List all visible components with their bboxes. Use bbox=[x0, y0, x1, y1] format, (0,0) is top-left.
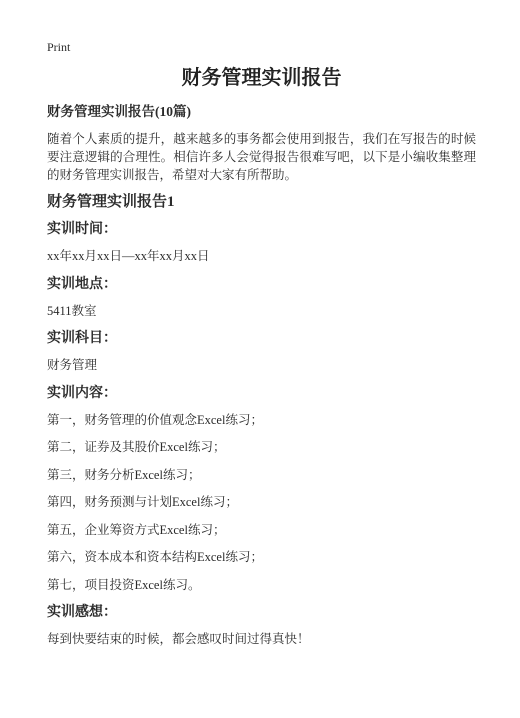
document-page: Print 财务管理实训报告 财务管理实训报告(10篇) 随着个人素质的提升，越… bbox=[0, 0, 520, 718]
content-item-2: 第二，证券及其股价Excel练习； bbox=[47, 439, 476, 456]
section-label-subject: 实训科目： bbox=[47, 330, 476, 347]
content-item-6: 第六，资本成本和资本结构Excel练习； bbox=[47, 549, 476, 566]
content-item-4: 第四，财务预测与计划Excel练习； bbox=[47, 494, 476, 511]
section-value-place: 5411教室 bbox=[47, 303, 476, 320]
reflection-text: 每到快要结束的时候，都会感叹时间过得真快！ bbox=[47, 631, 476, 648]
intro-paragraph: 随着个人素质的提升，越来越多的事务都会使用到报告，我们在写报告的时候要注意逻辑的… bbox=[47, 130, 476, 184]
page-title: 财务管理实训报告 bbox=[47, 66, 476, 90]
section-value-time: xx年xx月xx日—xx年xx月xx日 bbox=[47, 248, 476, 265]
content-item-1: 第一，财务管理的价值观念Excel练习； bbox=[47, 412, 476, 429]
content-item-3: 第三，财务分析Excel练习； bbox=[47, 467, 476, 484]
content-item-7: 第七，项目投资Excel练习。 bbox=[47, 577, 476, 594]
content-item-5: 第五，企业筹资方式Excel练习； bbox=[47, 522, 476, 539]
collection-heading: 财务管理实训报告(10篇) bbox=[47, 103, 476, 120]
section-label-time: 实训时间： bbox=[47, 221, 476, 238]
section-label-place: 实训地点： bbox=[47, 276, 476, 293]
section-label-content: 实训内容： bbox=[47, 385, 476, 402]
section-label-reflection: 实训感想： bbox=[47, 604, 476, 621]
section-value-subject: 财务管理 bbox=[47, 357, 476, 374]
report-1-heading: 财务管理实训报告1 bbox=[47, 193, 476, 211]
print-link[interactable]: Print bbox=[47, 40, 70, 54]
